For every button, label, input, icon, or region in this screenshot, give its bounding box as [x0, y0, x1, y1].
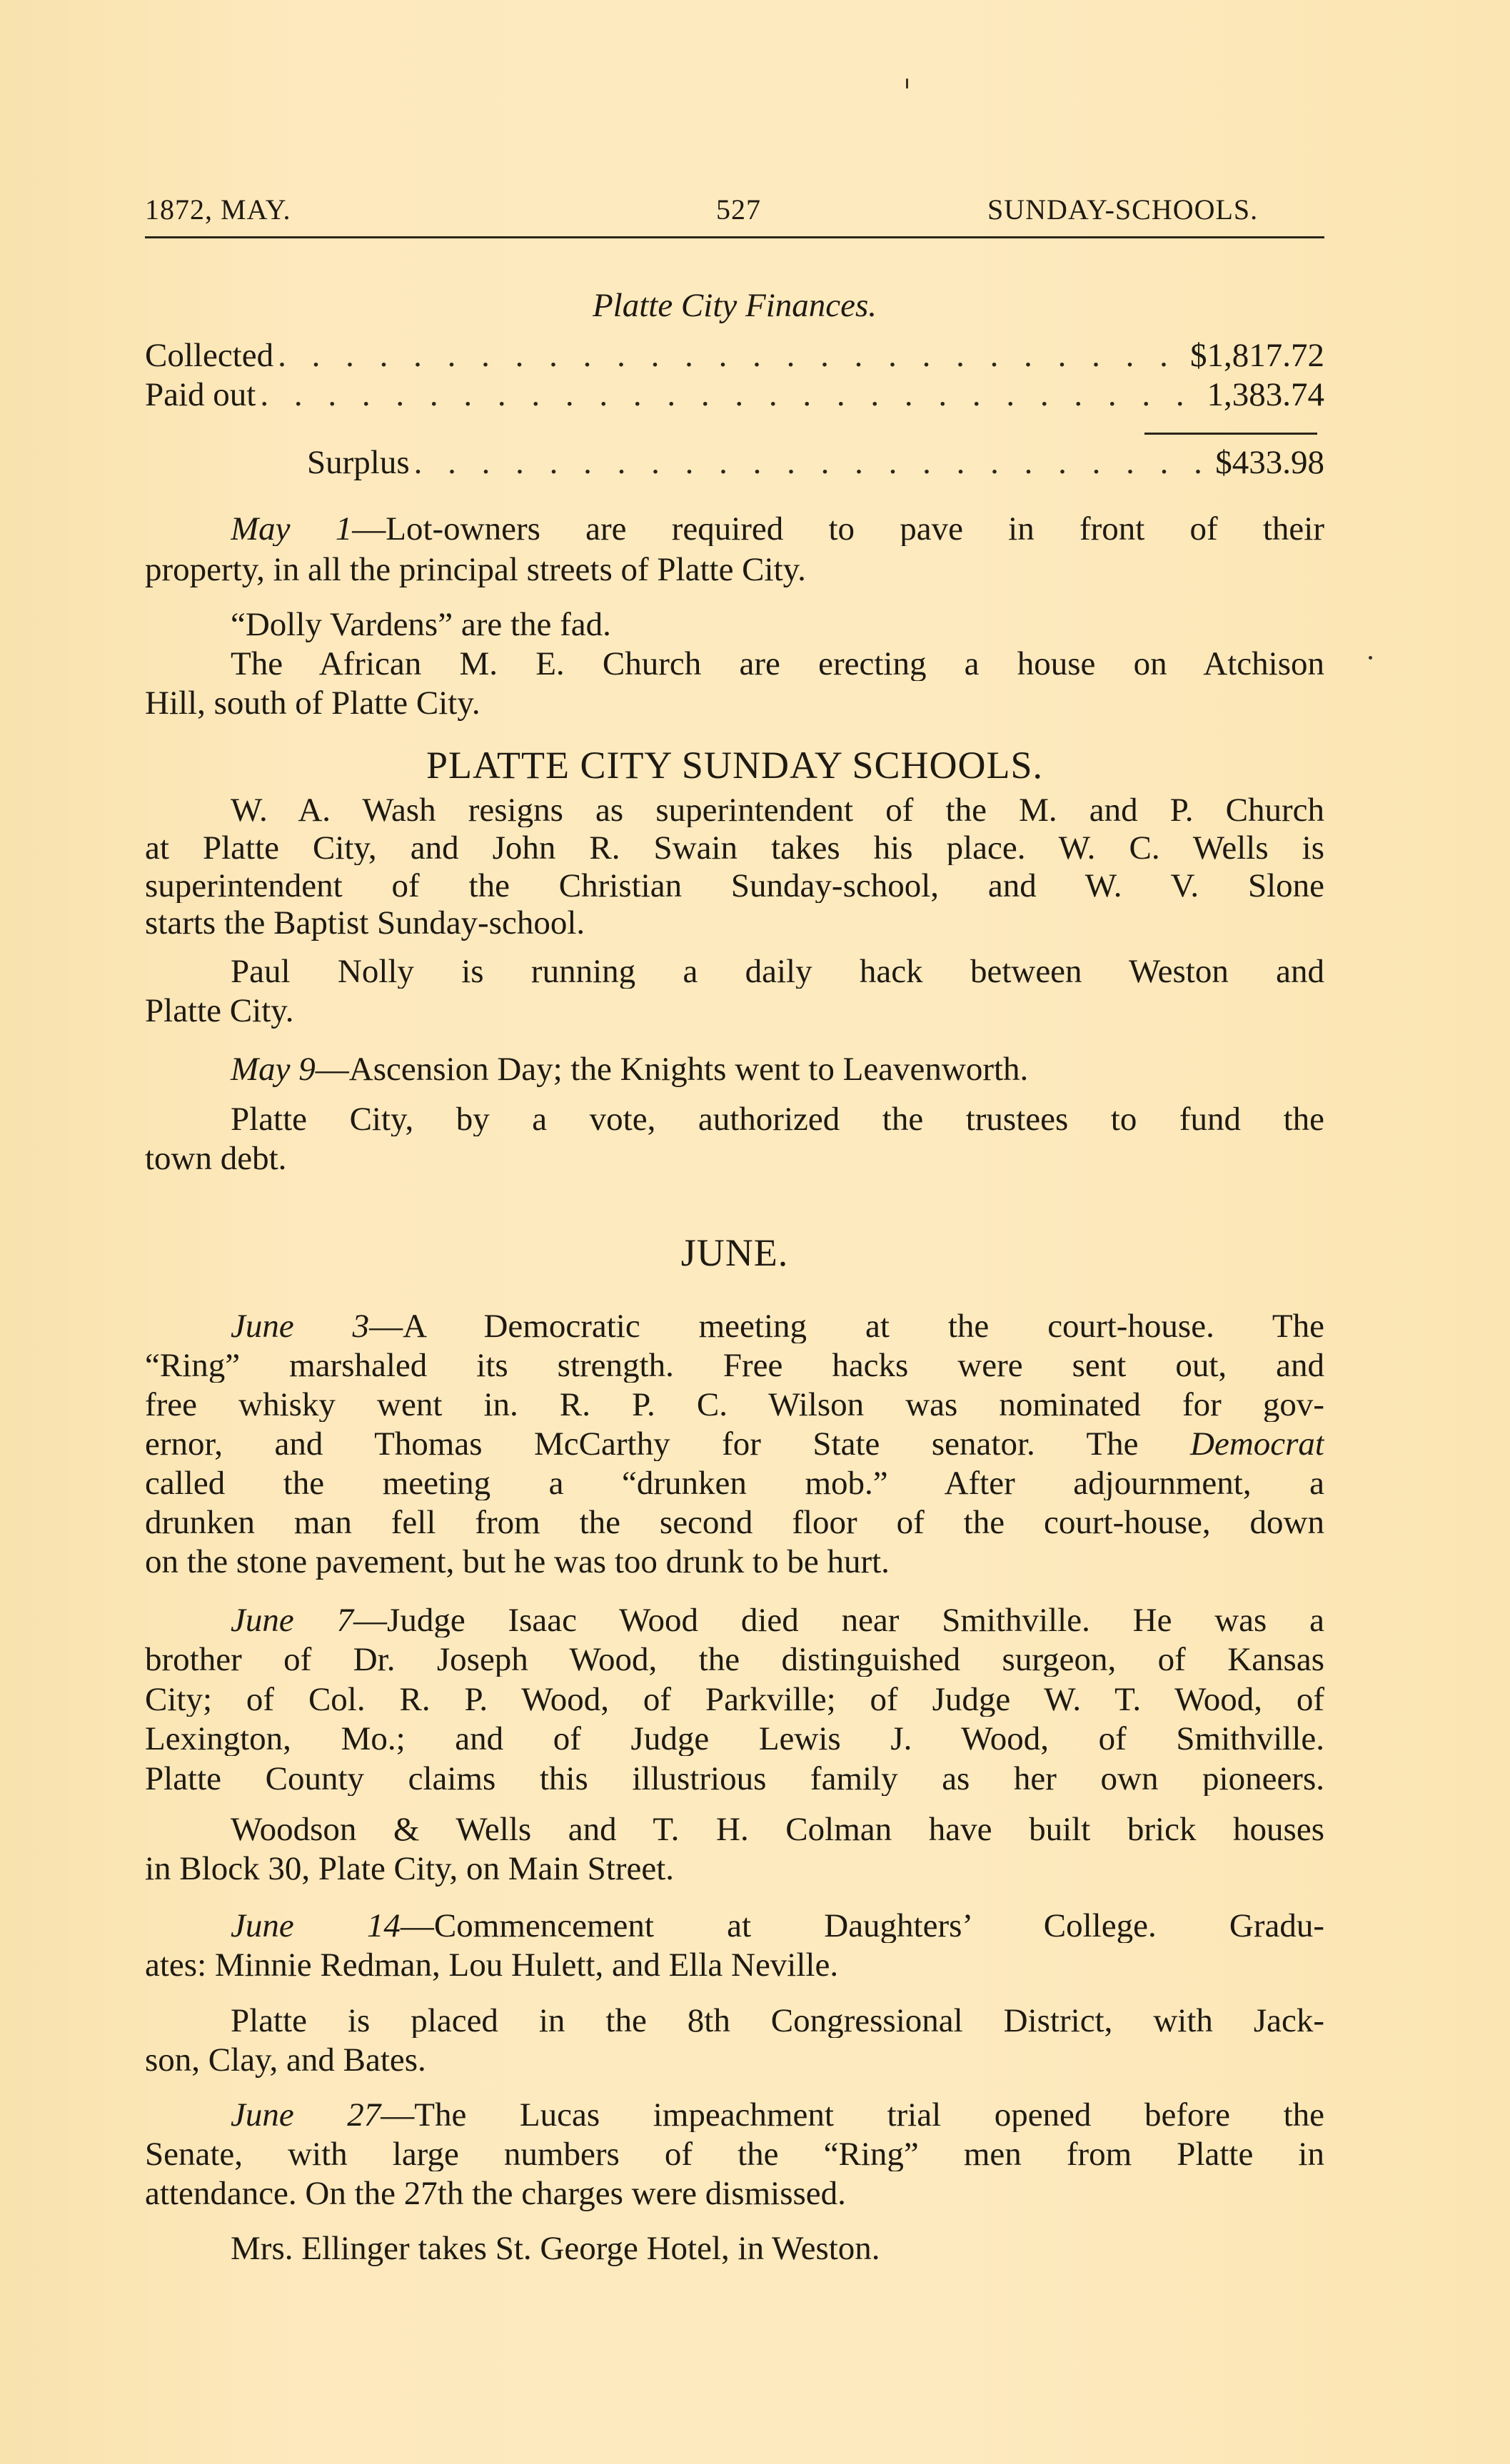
paragraph-line: Hill, south of Platte City.	[145, 687, 1324, 720]
paragraph-line: Platte County claims this illustrious fa…	[145, 1762, 1324, 1796]
entry-date: June 7	[231, 1604, 353, 1637]
finance-label: Surplus	[307, 446, 410, 480]
paragraph-line: Platte City.	[145, 994, 1324, 1028]
paragraph-line: son, Clay, and Bates.	[145, 2044, 1324, 2077]
paragraph-june-14: June 14—Commencement at Daughters’ Colle…	[231, 1909, 1324, 1943]
book-page: 1872, MAY. 527 SUNDAY-SCHOOLS. Platte Ci…	[0, 0, 1510, 2464]
paragraph-line: at Platte City, and John R. Swain takes …	[145, 832, 1324, 865]
paragraph-line: called the meeting a “drunken mob.” Afte…	[145, 1467, 1324, 1500]
finance-row-collected: Collected . . . . . . . . . . . . . . . …	[145, 339, 1324, 373]
paragraph-line: free whisky went in. R. P. C. Wilson was…	[145, 1388, 1324, 1422]
section-heading-june: JUNE.	[145, 1233, 1324, 1273]
header-rule	[145, 236, 1324, 238]
paragraph-june-7: June 7—Judge Isaac Wood died near Smithv…	[231, 1604, 1324, 1637]
paragraph-african-church: The African M. E. Church are erecting a …	[231, 647, 1324, 681]
sum-rule	[1144, 433, 1317, 435]
paragraph-line: attendance. On the 27th the charges were…	[145, 2177, 1324, 2211]
paragraph-line: on the stone pavement, but he was too dr…	[145, 1545, 1324, 1579]
running-head-right: SUNDAY-SCHOOLS.	[987, 196, 1258, 224]
paragraph-line: property, in all the principal streets o…	[145, 553, 1324, 587]
entry-date: June 27	[231, 2099, 381, 2132]
paragraph-line: “Ring” marshaled its strength. Free hack…	[145, 1349, 1324, 1383]
paragraph-town-debt: Platte City, by a vote, authorized the t…	[231, 1103, 1324, 1136]
paragraph-line: City; of Col. R. P. Wood, of Parkville; …	[145, 1683, 1324, 1717]
finance-label: Paid out	[145, 378, 256, 412]
paragraph-may-9: May 9—Ascension Day; the Knights went to…	[231, 1053, 1324, 1086]
paragraph-line: brother of Dr. Joseph Wood, the distingu…	[145, 1643, 1324, 1677]
paragraph-may-1: May 1—Lot-owners are required to pave in…	[231, 513, 1324, 546]
paragraph-line: ates: Minnie Redman, Lou Hulett, and Ell…	[145, 1949, 1324, 1982]
paragraph-line: superintendent of the Christian Sunday-s…	[145, 869, 1324, 903]
paragraph-line: Lexington, Mo.; and of Judge Lewis J. Wo…	[145, 1722, 1324, 1756]
entry-date: May 9	[231, 1051, 316, 1088]
paragraph-woodson-wells: Woodson & Wells and T. H. Colman have bu…	[231, 1813, 1324, 1847]
scan-speck	[906, 79, 908, 89]
running-head-left: 1872, MAY.	[145, 196, 291, 224]
finance-amount: 1,383.74	[1207, 378, 1325, 412]
paragraph-wash: W. A. Wash resigns as superintendent of …	[231, 794, 1324, 827]
paragraph-line: in Block 30, Plate City, on Main Street.	[145, 1852, 1324, 1886]
finance-label: Collected	[145, 339, 273, 373]
section-heading-sunday-schools: PLATTE CITY SUNDAY SCHOOLS.	[145, 746, 1324, 786]
paragraph-line: Senate, with large numbers of the “Ring”…	[145, 2138, 1324, 2171]
newspaper-name: Democrat	[1190, 1428, 1324, 1461]
paragraph-dolly-vardens: “Dolly Vardens” are the fad.	[231, 608, 1324, 642]
page-number: 527	[716, 196, 761, 224]
paragraph-line: ernor, and Thomas McCarthy for State sen…	[145, 1428, 1324, 1461]
finance-row-surplus: Surplus . . . . . . . . . . . . . . . . …	[307, 446, 1324, 480]
finance-row-paid-out: Paid out . . . . . . . . . . . . . . . .…	[145, 378, 1324, 412]
scan-speck	[1369, 656, 1372, 660]
entry-date: May 1	[231, 513, 352, 546]
paragraph-line: starts the Baptist Sunday-school.	[145, 907, 1324, 940]
finance-amount: $433.98	[1215, 446, 1324, 480]
paragraph-line: town debt.	[145, 1142, 1324, 1176]
paragraph-nolly: Paul Nolly is running a daily hack betwe…	[231, 955, 1324, 989]
entry-date: June 14	[231, 1909, 401, 1943]
dot-leader: . . . . . . . . . . . . . . . . . . . . …	[256, 378, 1207, 412]
finances-title: Platte City Finances.	[145, 289, 1324, 323]
dot-leader: . . . . . . . . . . . . . . . . . . . . …	[410, 446, 1216, 480]
finance-amount: $1,817.72	[1190, 339, 1324, 373]
paragraph-june-3: June 3—A Democratic meeting at the court…	[231, 1310, 1324, 1343]
paragraph-june-27: June 27—The Lucas impeachment trial open…	[231, 2099, 1324, 2132]
paragraph-congressional-district: Platte is placed in the 8th Congressiona…	[231, 2004, 1324, 2038]
paragraph-line: drunken man fell from the second floor o…	[145, 1506, 1324, 1540]
dot-leader: . . . . . . . . . . . . . . . . . . . . …	[273, 339, 1190, 373]
entry-date: June 3	[231, 1310, 369, 1343]
paragraph-ellinger: Mrs. Ellinger takes St. George Hotel, in…	[231, 2232, 1324, 2266]
